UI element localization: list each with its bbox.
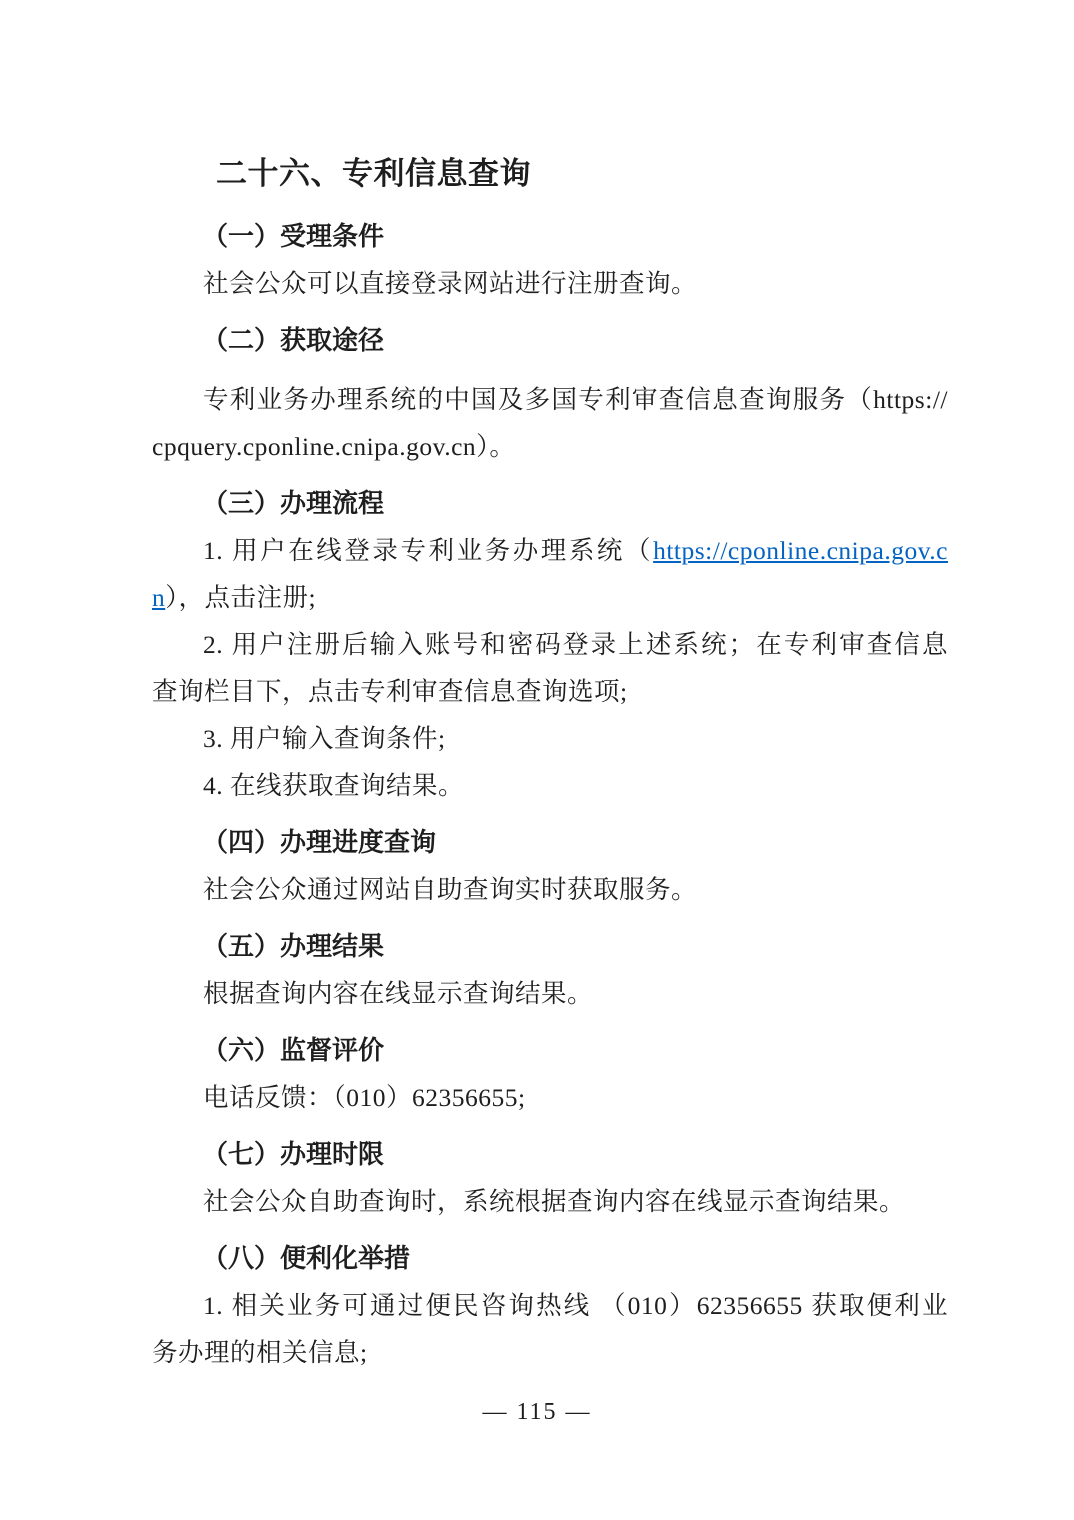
- text-line: 4. 在线获取查询结果。: [152, 762, 948, 809]
- text-line: 社会公众自助查询时，系统根据查询内容在线显示查询结果。: [152, 1178, 948, 1225]
- text-line: 根据查询内容在线显示查询结果。: [152, 970, 948, 1017]
- section-heading: （二）获取途径: [202, 317, 948, 364]
- section-heading: （七）办理时限: [202, 1131, 948, 1178]
- hyperlink[interactable]: n: [152, 583, 165, 612]
- section-heading: （五）办理结果: [202, 923, 948, 970]
- section: （四）办理进度查询社会公众通过网站自助查询实时获取服务。: [152, 819, 948, 913]
- text-run: 根据查询内容在线显示查询结果。: [203, 979, 593, 1008]
- text-line: n），点击注册;: [152, 574, 948, 621]
- text-run: 专利业务办理系统的中国及多国专利审查信息查询服务（https://: [203, 385, 948, 414]
- section: （六）监督评价电话反馈：（010）62356655;: [152, 1027, 948, 1121]
- text-run: 社会公众自助查询时，系统根据查询内容在线显示查询结果。: [203, 1187, 905, 1216]
- section: （二）获取途径专利业务办理系统的中国及多国专利审查信息查询服务（https://…: [152, 317, 948, 470]
- section: （八）便利化举措1. 相关业务可通过便民咨询热线 （010）62356655 获…: [152, 1235, 948, 1376]
- text-run: 社会公众通过网站自助查询实时获取服务。: [203, 875, 697, 904]
- text-run: cpquery.cponline.cnipa.gov.cn）。: [152, 432, 515, 461]
- page-title: 二十六、专利信息查询: [216, 150, 948, 197]
- page-number: — 115 —: [0, 1389, 1074, 1436]
- text-run: ），点击注册;: [165, 583, 316, 612]
- text-line: 1. 用户在线登录专利业务办理系统（https://cponline.cnipa…: [152, 527, 948, 574]
- document-page: 二十六、专利信息查询 （一）受理条件社会公众可以直接登录网站进行注册查询。（二）…: [0, 0, 1074, 1520]
- section: （三）办理流程1. 用户在线登录专利业务办理系统（https://cponlin…: [152, 480, 948, 809]
- text-run: 社会公众可以直接登录网站进行注册查询。: [203, 269, 697, 298]
- text-run: 4. 在线获取查询结果。: [203, 771, 464, 800]
- text-run: 1. 用户在线登录专利业务办理系统（: [203, 536, 653, 565]
- text-line: 社会公众通过网站自助查询实时获取服务。: [152, 866, 948, 913]
- text-line: cpquery.cponline.cnipa.gov.cn）。: [152, 423, 948, 470]
- text-line: 社会公众可以直接登录网站进行注册查询。: [152, 260, 948, 307]
- section: （一）受理条件社会公众可以直接登录网站进行注册查询。: [152, 213, 948, 307]
- text-run: 电话反馈：（010）62356655;: [203, 1083, 526, 1112]
- section-heading: （八）便利化举措: [202, 1235, 948, 1282]
- text-run: 2. 用户注册后输入账号和密码登录上述系统；在专利审查信息: [203, 630, 948, 659]
- text-line: 务办理的相关信息;: [152, 1329, 948, 1376]
- text-run: 3. 用户输入查询条件;: [203, 724, 446, 753]
- text-line: 电话反馈：（010）62356655;: [152, 1074, 948, 1121]
- hyperlink[interactable]: https://cponline.cnipa.gov.c: [653, 536, 948, 565]
- text-line: 专利业务办理系统的中国及多国专利审查信息查询服务（https://: [152, 376, 948, 423]
- section-heading: （三）办理流程: [202, 480, 948, 527]
- section-heading: （一）受理条件: [202, 213, 948, 260]
- text-run: 1. 相关业务可通过便民咨询热线 （010）62356655 获取便利业: [203, 1291, 948, 1320]
- text-line: 3. 用户输入查询条件;: [152, 715, 948, 762]
- text-line: 1. 相关业务可通过便民咨询热线 （010）62356655 获取便利业: [152, 1282, 948, 1329]
- section: （七）办理时限社会公众自助查询时，系统根据查询内容在线显示查询结果。: [152, 1131, 948, 1225]
- text-run: 查询栏目下，点击专利审查信息查询选项;: [152, 677, 628, 706]
- section-heading: （四）办理进度查询: [202, 819, 948, 866]
- section: （五）办理结果根据查询内容在线显示查询结果。: [152, 923, 948, 1017]
- text-line: 2. 用户注册后输入账号和密码登录上述系统；在专利审查信息: [152, 621, 948, 668]
- text-run: 务办理的相关信息;: [152, 1338, 368, 1367]
- text-line: 查询栏目下，点击专利审查信息查询选项;: [152, 668, 948, 715]
- section-heading: （六）监督评价: [202, 1027, 948, 1074]
- document-body: （一）受理条件社会公众可以直接登录网站进行注册查询。（二）获取途径专利业务办理系…: [152, 213, 948, 1376]
